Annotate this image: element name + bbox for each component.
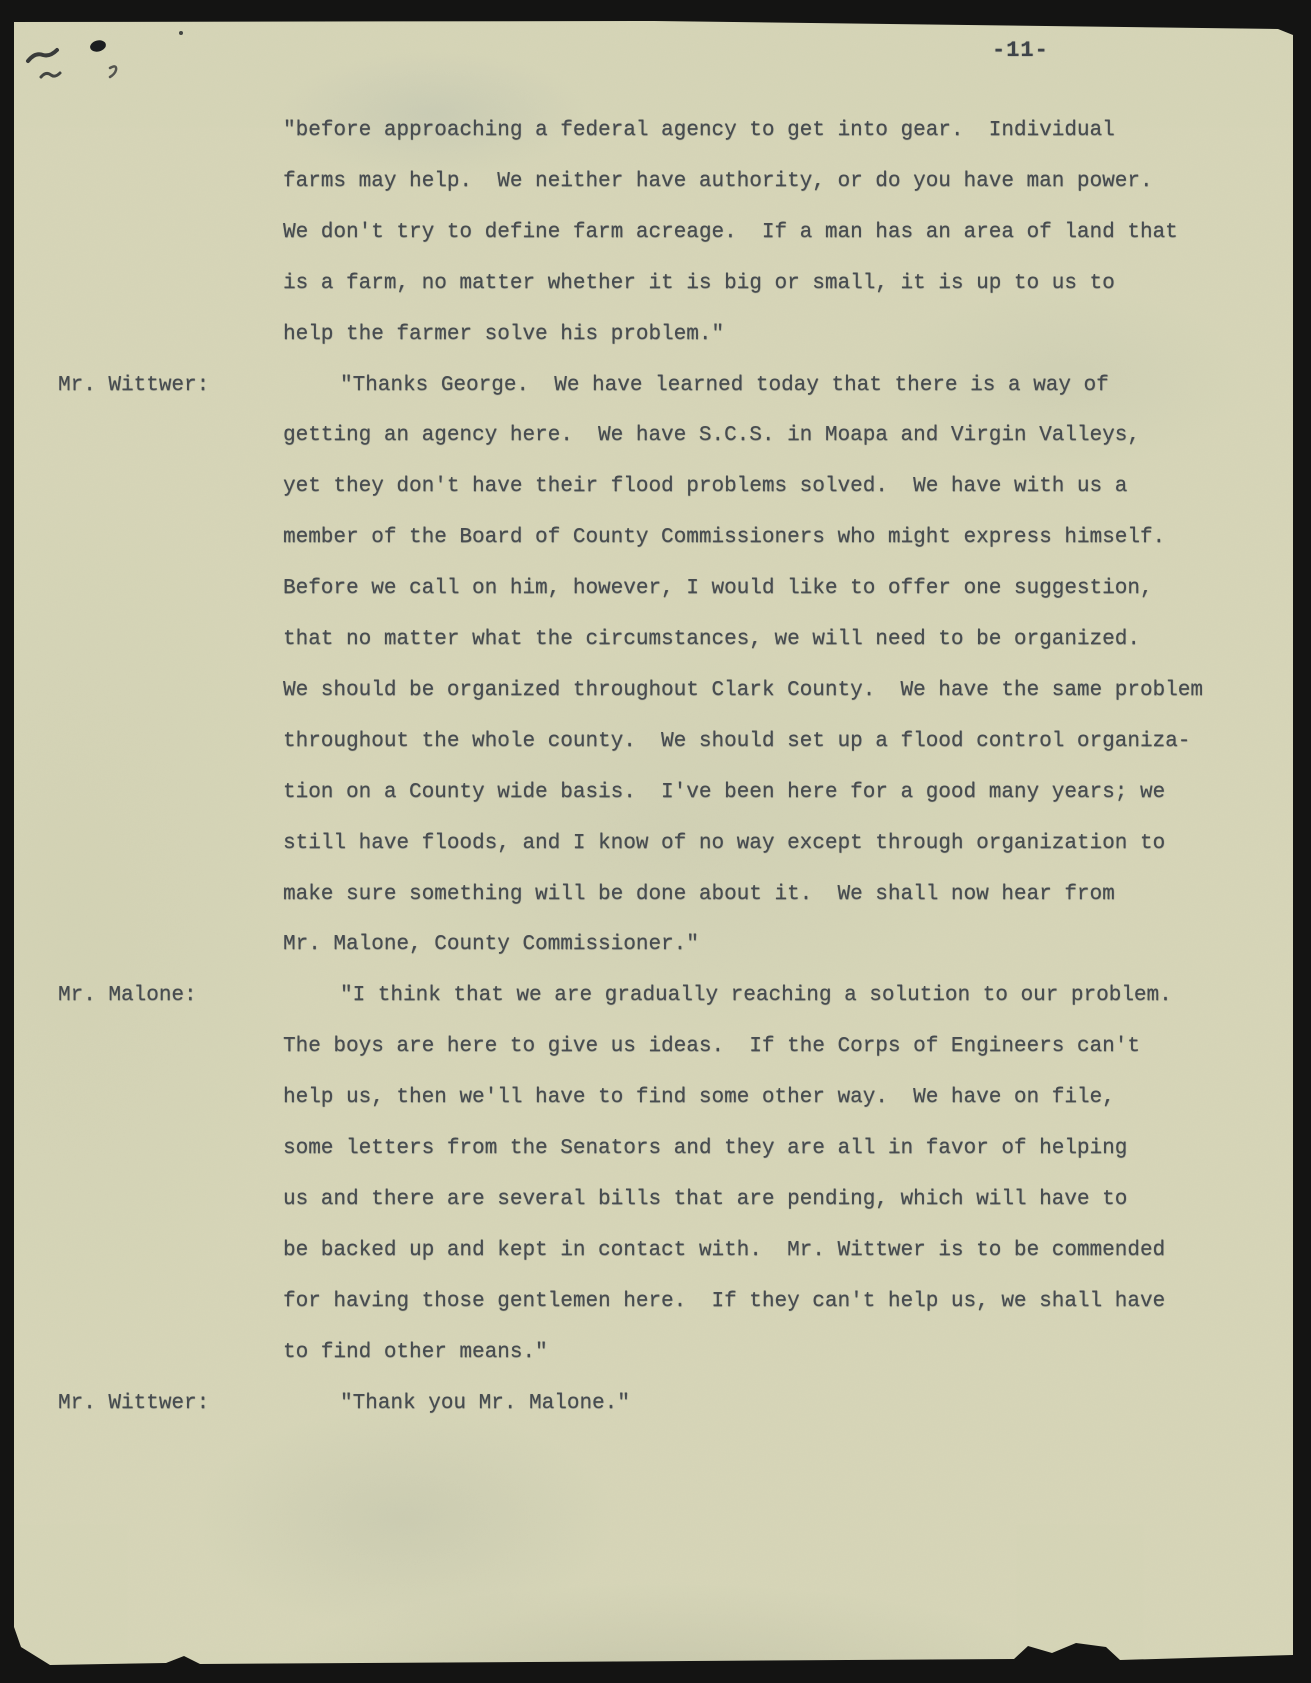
line-text: still have floods, and I know of no way … [283,831,1165,856]
transcript-line: We should be organized throughout Clark … [14,678,1293,705]
line-text: is a farm, no matter whether it is big o… [283,271,1115,296]
line-text: to find other means." [283,1340,548,1365]
transcript-line: getting an agency here. We have S.C.S. i… [14,423,1293,450]
transcript-line: to find other means." [14,1340,1293,1367]
transcript-line: member of the Board of County Commission… [14,525,1293,552]
transcript-line: still have floods, and I know of no way … [14,831,1293,858]
line-text: some letters from the Senators and they … [283,1136,1127,1161]
transcript-line: Mr. Wittwer:"Thank you Mr. Malone." [14,1391,1293,1418]
transcript-line: farms may help. We neither have authorit… [14,169,1293,196]
line-text: help the farmer solve his problem." [283,322,724,347]
line-text: be backed up and kept in contact with. M… [283,1238,1165,1263]
line-text: farms may help. We neither have authorit… [283,169,1153,194]
line-text: that no matter what the circumstances, w… [283,627,1140,652]
line-text: "Thanks George. We have learned today th… [340,373,1109,398]
transcript-line: throughout the whole county. We should s… [14,729,1293,756]
transcript-line: The boys are here to give us ideas. If t… [14,1034,1293,1061]
transcript-line: Before we call on him, however, I would … [14,576,1293,603]
transcript-line: help us, then we'll have to find some ot… [14,1085,1293,1112]
line-text: help us, then we'll have to find some ot… [283,1085,1115,1110]
transcript-line: tion on a County wide basis. I've been h… [14,780,1293,807]
line-text: "before approaching a federal agency to … [283,118,1115,143]
transcript-line: yet they don't have their flood problems… [14,474,1293,501]
line-text: us and there are several bills that are … [283,1187,1127,1212]
speaker-label: Mr. Malone: [58,983,197,1008]
line-text: getting an agency here. We have S.C.S. i… [283,423,1140,448]
transcript-line: us and there are several bills that are … [14,1187,1293,1214]
transcript-line: Mr. Malone, County Commissioner." [14,932,1293,959]
line-text: Before we call on him, however, I would … [283,576,1153,601]
page-number: -11- [992,38,1049,63]
line-text: make sure something will be done about i… [283,882,1115,907]
transcript-line: Mr. Wittwer:"Thanks George. We have lear… [14,373,1293,400]
speaker-label: Mr. Wittwer: [58,1391,209,1416]
line-text: for having those gentlemen here. If they… [283,1289,1165,1314]
transcript-line: "before approaching a federal agency to … [14,118,1293,145]
line-text: tion on a County wide basis. I've been h… [283,780,1165,805]
line-text: We don't try to define farm acreage. If … [283,220,1178,245]
transcript-line: We don't try to define farm acreage. If … [14,220,1293,247]
speaker-label: Mr. Wittwer: [58,373,209,398]
transcript-line: that no matter what the circumstances, w… [14,627,1293,654]
line-text: throughout the whole county. We should s… [283,729,1190,754]
paper-sheet: -11- "before approaching a federal agenc… [14,19,1293,1665]
line-text: yet they don't have their flood problems… [283,474,1127,499]
line-text: "I think that we are gradually reaching … [340,983,1172,1008]
line-text: member of the Board of County Commission… [283,525,1165,550]
transcript-line: is a farm, no matter whether it is big o… [14,271,1293,298]
transcript-line: for having those gentlemen here. If they… [14,1289,1293,1316]
line-text: Mr. Malone, County Commissioner." [283,932,699,957]
line-text: We should be organized throughout Clark … [283,678,1203,703]
line-text: "Thank you Mr. Malone." [340,1391,630,1416]
transcript-line: some letters from the Senators and they … [14,1136,1293,1163]
scanned-document-page: -11- "before approaching a federal agenc… [0,0,1311,1683]
transcript-line: help the farmer solve his problem." [14,322,1293,349]
ink-smudge-marks [14,19,234,129]
transcript-line: be backed up and kept in contact with. M… [14,1238,1293,1265]
transcript-line: Mr. Malone:"I think that we are graduall… [14,983,1293,1010]
line-text: The boys are here to give us ideas. If t… [283,1034,1140,1059]
transcript-line: make sure something will be done about i… [14,882,1293,909]
